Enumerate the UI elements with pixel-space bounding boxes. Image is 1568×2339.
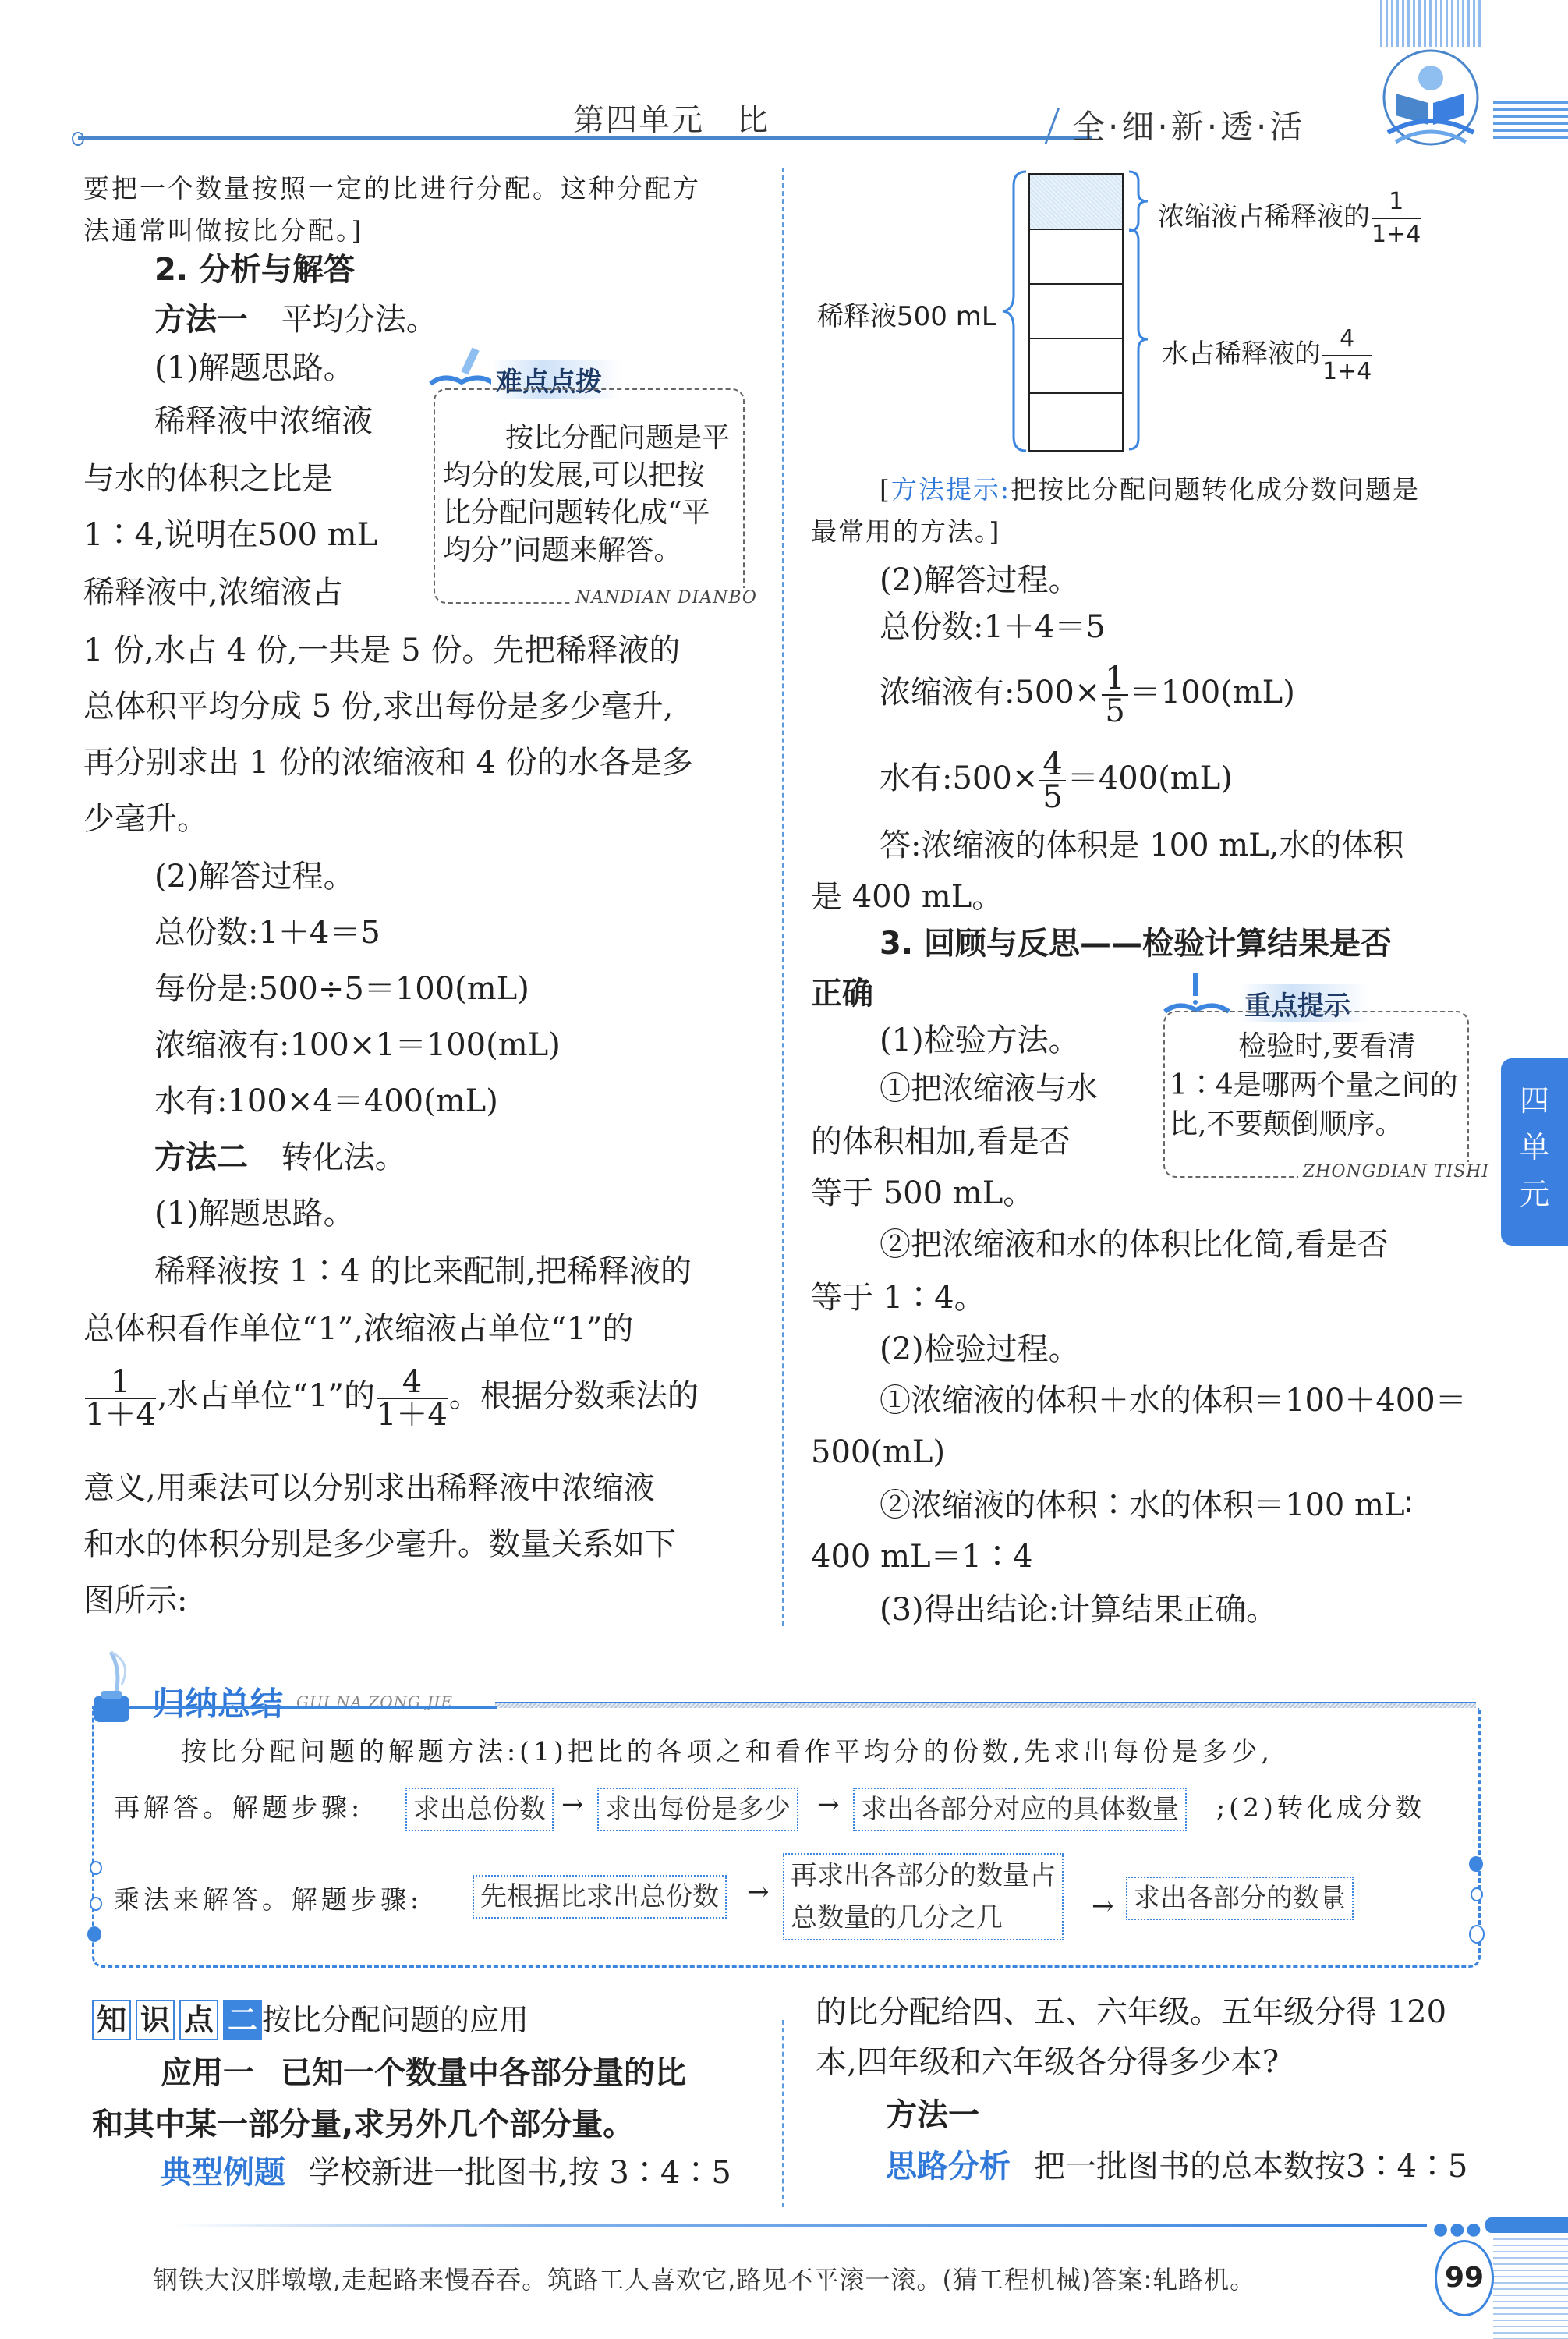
equation-line: 总份数:1＋4＝5 xyxy=(880,608,1106,646)
column-divider xyxy=(782,168,784,1626)
decor-dot xyxy=(90,1861,102,1875)
decor-dot xyxy=(1469,1925,1485,1944)
body-text-line: 再分别求出 1 份的浓缩液和 4 份的水各是多 xyxy=(83,744,693,781)
equation-line: ①浓缩液的体积＋水的体积＝100＋400＝ xyxy=(880,1382,1467,1419)
subsection-label: (2)解答过程。 xyxy=(880,562,1080,599)
method-name: 平均分法。 xyxy=(281,302,437,338)
body-text-line: 的体积相加,看是否 xyxy=(811,1123,1071,1161)
arrow-icon: → xyxy=(817,1789,840,1820)
answer-line: 答:浓缩液的体积是 100 mL,水的体积 xyxy=(880,827,1403,864)
step-box: 求出总份数 xyxy=(405,1788,554,1831)
example-label: 典型例题 xyxy=(161,2155,285,2191)
step-box: 求出各部分的数量 xyxy=(1126,1877,1354,1920)
body-text-line: 1∶4,说明在500 mL xyxy=(83,516,377,554)
column-divider-bottom xyxy=(782,2020,784,2207)
page-number: 99 xyxy=(1435,2240,1494,2316)
diagram-water-label: 水占稀释液的41+4 xyxy=(1162,321,1373,388)
body-text-line: 1 份,水占 4 份,一共是 5 份。先把稀释液的 xyxy=(83,632,680,669)
knowledge-point-badge: 知识点二 xyxy=(92,2000,267,2040)
side-tab-char: 四 xyxy=(1501,1077,1568,1124)
method-label: 方法一 xyxy=(886,2096,979,2134)
equation-line: 500(mL) xyxy=(811,1434,945,1471)
footer-riddle: 钢铁大汉胖墩墩,走起路来慢吞吞。筑路工人喜欢它,路见不平滚一滚。(猜工程机械)答… xyxy=(153,2260,1255,2296)
method-one-heading: 方法一 平均分法。 xyxy=(154,301,437,338)
subsection-label: (1)检验方法。 xyxy=(880,1022,1080,1059)
side-tab-char: 单 xyxy=(1501,1124,1568,1171)
body-text-line: 与水的体积之比是 xyxy=(83,460,333,498)
step-box: 先根据比求出总份数 xyxy=(473,1875,727,1919)
equation-line-fraction: 浓缩液有:500×15＝100(mL) xyxy=(880,660,1295,727)
analysis-label: 思路分析 xyxy=(886,2149,1011,2185)
decor-dot xyxy=(1469,1856,1483,1872)
bar-segment-water xyxy=(1030,285,1122,339)
header-slogan: 全·细·新·透·活 xyxy=(1072,101,1305,148)
summary-text-line: 。 xyxy=(1326,1880,1351,1917)
fraction: 41＋4 xyxy=(377,1366,448,1430)
concentrate-brace xyxy=(1127,170,1151,232)
step-box-multiline: 再求出各部分的数量占 总数量的几分之几 xyxy=(783,1853,1064,1940)
subsection-label: (2)解答过程。 xyxy=(154,858,355,895)
fraction: 11+4 xyxy=(1372,186,1421,250)
body-text-line: 等于 500 mL。 xyxy=(811,1175,1034,1212)
method-label: 方法一 xyxy=(154,302,248,338)
body-text-fraction-line: 11＋4,水占单位“1”的41＋4。根据分数乘法的 xyxy=(83,1363,699,1430)
fraction: 15 xyxy=(1102,663,1127,727)
summary-text-line: 按比分配问题的解题方法:(1)把比的各项之和看作平均分的份数,先求出每份是多少, xyxy=(181,1733,1273,1770)
footer-dots: ●●● xyxy=(1433,2220,1483,2239)
answer-line: 是 400 mL。 xyxy=(811,878,1003,916)
tip-text-line: 比,不要颠倒顺序。 xyxy=(1170,1100,1403,1150)
page-number-hatch-decoration xyxy=(1493,2238,1568,2339)
section-heading: 3. 回顾与反思——检验计算结果是否 xyxy=(880,925,1392,962)
subsection-label: (1)解题思路。 xyxy=(154,1195,355,1232)
dilution-bar-diagram xyxy=(1028,173,1124,452)
arrow-icon: → xyxy=(561,1789,584,1820)
conclusion-line: (3)得出结论:计算结果正确。 xyxy=(880,1591,1277,1628)
intro-text-line: 法通常叫做按比分配。] xyxy=(83,212,363,250)
body-text-line: 等于 1∶4。 xyxy=(811,1279,986,1317)
intro-text-line: 要把一个数量按照一定的比进行分配。这种分配方 xyxy=(83,170,701,207)
decor-dot xyxy=(1471,1887,1483,1901)
tip-footer-text: ZHONGDIAN TISHI xyxy=(1298,1162,1489,1182)
equation-line: ②浓缩液的体积∶水的体积＝100 mL∶ xyxy=(880,1487,1413,1524)
footer-bar-decoration xyxy=(1485,2217,1568,2233)
diagram-concentrate-label: 浓缩液占稀释液的11+4 xyxy=(1158,184,1422,250)
fraction: 45 xyxy=(1039,749,1065,813)
equation-line: 浓缩液有:100×1＝100(mL) xyxy=(154,1026,561,1064)
application-heading: 应用一已知一个数量中各部分量的比 xyxy=(161,2054,686,2092)
fraction: 11＋4 xyxy=(85,1366,156,1430)
tip-footer-text: NANDIAN DIANBO xyxy=(571,588,757,608)
pencil-book-icon xyxy=(427,343,497,390)
section-heading: 正确 xyxy=(811,975,873,1012)
application-heading: 和其中某一部分量,求另外几个部分量。 xyxy=(92,2106,634,2143)
unit-title: 第四单元 比 xyxy=(573,95,770,140)
body-text-line: 总体积平均分成 5 份,求出每份是多少毫升, xyxy=(83,688,673,725)
example-line: 典型例题学校新进一批图书,按 3∶4∶5 xyxy=(161,2154,731,2192)
bar-segment-water xyxy=(1030,339,1122,394)
decor-dot xyxy=(90,1897,102,1911)
summary-text-line: ;(2)转化成分数 xyxy=(1216,1789,1425,1827)
method-hint-line: 最常用的方法。] xyxy=(811,513,1000,551)
method-name: 转化法。 xyxy=(281,1139,406,1175)
body-text-line: 稀释液中浓缩液 xyxy=(154,402,373,440)
step-box: 求出每份是多少 xyxy=(597,1788,798,1831)
method-two-heading: 方法二 转化法。 xyxy=(154,1139,406,1176)
body-text-line: 少毫升。 xyxy=(83,800,208,838)
header-stripes-decoration xyxy=(1493,101,1568,139)
body-text-line: 意义,用乘法可以分别求出稀释液中浓缩液 xyxy=(83,1469,655,1507)
reading-child-logo-icon xyxy=(1380,47,1481,148)
side-tab-char: 元 xyxy=(1501,1171,1568,1217)
body-text-line: 稀释液中,浓缩液占 xyxy=(83,574,343,611)
analysis-line: 思路分析把一批图书的总本数按3∶4∶5 xyxy=(886,2148,1467,2185)
body-text-line: 图所示: xyxy=(83,1582,187,1619)
subsection-label: (2)检验过程。 xyxy=(880,1331,1080,1368)
logo-stripes-decoration xyxy=(1380,0,1481,47)
bar-segment-concentrate xyxy=(1030,175,1122,230)
unit-side-tab[interactable]: 四 单 元 xyxy=(1501,1058,1568,1246)
method-hint-line: [方法提示:把按比分配问题转化成分数问题是 xyxy=(880,471,1420,509)
summary-header-rule xyxy=(495,1702,1476,1708)
summary-text-line: 再解答。解题步骤: xyxy=(114,1789,363,1827)
equation-line: 总份数:1＋4＝5 xyxy=(154,914,380,952)
equation-line: 400 mL＝1∶4 xyxy=(811,1538,1032,1575)
decor-dot xyxy=(87,1926,101,1942)
section-heading: 2. 分析与解答 xyxy=(154,251,355,289)
example-line: 的比分配给四、五、六年级。五年级分得 120 xyxy=(816,1993,1446,2031)
arrow-icon: → xyxy=(747,1877,770,1908)
diagram-total-label: 稀释液500 mL xyxy=(817,298,996,335)
body-text-line: 稀释液按 1∶4 的比来配制,把稀释液的 xyxy=(154,1253,692,1290)
arrow-icon: → xyxy=(1092,1891,1114,1922)
bar-segment-water xyxy=(1030,230,1122,285)
equation-line: 每份是:500÷5＝100(mL) xyxy=(154,970,529,1008)
fraction: 41+4 xyxy=(1322,324,1372,388)
method-label: 方法二 xyxy=(154,1139,248,1175)
body-text-line: 总体积看作单位“1”,浓缩液占单位“1”的 xyxy=(83,1310,633,1348)
body-text-line: ②把浓缩液和水的体积比化简,看是否 xyxy=(880,1226,1389,1263)
equation-line-fraction: 水有:500×45＝400(mL) xyxy=(880,746,1233,813)
method-hint-label: 方法提示: xyxy=(891,474,1011,505)
subsection-label: (1)解题思路。 xyxy=(154,349,355,387)
tip-text-line: 均分”问题来解答。 xyxy=(443,526,681,576)
summary-text-line: 乘法来解答。解题步骤: xyxy=(114,1881,423,1919)
left-brace xyxy=(1000,170,1031,452)
footer-rule xyxy=(172,2224,1427,2227)
water-brace xyxy=(1127,228,1151,451)
bar-segment-water xyxy=(1030,394,1122,448)
knowledge-point-title: 按比分配问题的应用 xyxy=(262,2001,529,2039)
example-line: 本,四年级和六年级各分得多少本? xyxy=(816,2043,1279,2081)
step-box: 求出各部分对应的具体数量 xyxy=(853,1788,1187,1831)
equation-line: 水有:100×4＝400(mL) xyxy=(154,1083,498,1120)
body-text-line: 和水的体积分别是多少毫升。数量关系如下 xyxy=(83,1526,676,1563)
body-text-line: ①把浓缩液与水 xyxy=(880,1070,1098,1107)
